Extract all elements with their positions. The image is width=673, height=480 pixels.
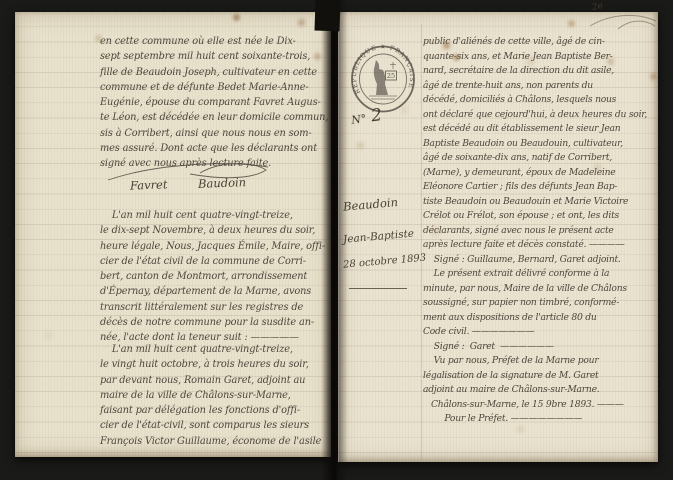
manuscript-line: François Victor Guillaume, économe de l'…: [100, 434, 331, 449]
manuscript-line: (Marne), y demeurant, époux de Madeleine: [423, 166, 658, 181]
manuscript-line: cier de l'état-civil, sont comparus les …: [100, 418, 331, 433]
manuscript-line: mes assuré. Dont acte que les déclarants…: [100, 141, 331, 156]
manuscript-line: en cette commune où elle est née le Dix-: [100, 34, 331, 49]
margin-underline: [349, 288, 407, 289]
margin-deceased-firstname: Jean-Baptiste: [343, 226, 430, 245]
manuscript-line: Pour le Préfet. ————————: [423, 412, 658, 427]
manuscript-line: sept septembre mil huit cent soixante-tr…: [100, 49, 331, 64]
margin-act-date: 28 octobre 1893: [343, 252, 430, 270]
manuscript-line: transcrit littéralement sur les registre…: [100, 300, 331, 315]
manuscript-line: ont déclaré que cejourd'hui, à deux heur…: [423, 108, 658, 123]
manuscript-line: Eléonore Cartier ; fils des défunts Jean…: [423, 180, 658, 195]
manuscript-line: Vu par nous, Préfet de la Marne pour: [423, 354, 658, 369]
manuscript-line: le vingt huit octobre, à trois heures du…: [100, 357, 331, 372]
right-page-text: public d'aliénés de cette ville, âgé de …: [423, 35, 658, 427]
manuscript-line: Châlons-sur-Marne, le 15 9bre 1893. ———: [423, 398, 658, 413]
manuscript-line: décédé, domiciliés à Châlons, lesquels n…: [423, 93, 658, 108]
manuscript-line: minute, par nous, Maire de la ville de C…: [423, 282, 658, 297]
manuscript-line: maire de la ville de Châlons-sur-Marne,: [100, 388, 331, 403]
manuscript-line: Signé : Guillaume, Bernard, Garet adjoin…: [423, 253, 658, 268]
manuscript-line: sis à Corribert, ainsi que nous nous en …: [100, 126, 331, 141]
manuscript-line: le dix-sept Novembre, à deux heures du s…: [100, 223, 331, 238]
manuscript-line: Eugénie, épouse du comparant Favret Augu…: [100, 95, 331, 110]
manuscript-line: nard, secrétaire de la direction du dit …: [423, 64, 658, 79]
right-page: RÉPUBLIQUE ★ FRANÇAISE 25 N°2 Beaudoin J…: [338, 12, 658, 462]
manuscript-line: âgé de soixante-dix ans, natif de Corrib…: [423, 151, 658, 166]
manuscript-line: cier de l'état civil de la commune de Co…: [100, 254, 331, 269]
binding-top-notch: [314, 0, 340, 31]
document-scan: en cette commune où elle est née le Dix-…: [0, 0, 673, 480]
manuscript-line: adjoint au maire de Châlons-sur-Marne.: [423, 383, 658, 398]
manuscript-line: soussigné, sur papier non timbré, confor…: [423, 296, 658, 311]
manuscript-line: ment aux dispositions de l'article 80 du: [423, 311, 658, 326]
revenue-stamp: RÉPUBLIQUE ★ FRANÇAISE 25: [349, 43, 417, 117]
signature-baudoin: Baudoin: [198, 175, 247, 191]
manuscript-line: par devant nous, Romain Garet, adjoint a…: [100, 373, 331, 388]
act-number-label: N°: [351, 112, 368, 127]
manuscript-line: public d'aliénés de cette ville, âgé de …: [423, 35, 658, 50]
manuscript-line: commune et de défunte Bedet Marie-Anne-: [100, 80, 331, 95]
manuscript-line: L'an mil huit cent quatre-vingt-treize,: [100, 342, 331, 357]
signatures-block: Favret Baudoin: [100, 158, 330, 206]
margin-rule-line: [421, 24, 422, 460]
manuscript-line: fille de Beaudoin Joseph, cultivateur en…: [100, 65, 331, 80]
republique-francaise-seal-icon: RÉPUBLIQUE ★ FRANÇAISE 25: [349, 43, 417, 113]
manuscript-line: L'an mil huit cent quatre-vingt-treize,: [100, 208, 331, 223]
manuscript-line: d'Épernay, département de la Marne, avon…: [100, 284, 331, 299]
manuscript-line: Signé : Garet ——————: [423, 340, 658, 355]
manuscript-line: légalisation de la signature de M. Garet: [423, 369, 658, 384]
manuscript-line: après lecture faite et décès constaté. —…: [423, 238, 658, 253]
manuscript-line: faisant par délégation les fonctions d'o…: [100, 403, 331, 418]
manuscript-line: déclarants, signé avec nous le présent a…: [423, 224, 658, 239]
act-number-value: 2: [370, 105, 383, 126]
manuscript-line: est décédé au dit établissement le sieur…: [423, 122, 658, 137]
signature-favret: Favret: [130, 177, 168, 192]
left-paragraph-2: L'an mil huit cent quatre-vingt-treize,l…: [100, 208, 331, 346]
left-page: en cette commune où elle est née le Dix-…: [15, 12, 331, 457]
manuscript-line: Baptiste Beaudoin ou Beaudouin, cultivat…: [423, 137, 658, 152]
svg-text:25: 25: [387, 72, 395, 80]
left-paragraph-1: en cette commune où elle est née le Dix-…: [100, 34, 331, 172]
foxing-stains: [15, 12, 22, 19]
manuscript-line: bert, canton de Montmort, arrondissement: [100, 269, 331, 284]
corner-annotation-flourish: [588, 10, 660, 36]
manuscript-line: âgé de trente-huit ans, non parents du: [423, 79, 658, 94]
left-paragraph-3: L'an mil huit cent quatre-vingt-treize,l…: [100, 342, 331, 449]
manuscript-line: Le présent extrait délivré conforme à la: [423, 267, 658, 282]
manuscript-line: décès de notre commune pour la susdite a…: [100, 315, 331, 330]
manuscript-line: heure légale, Nous, Jacques Émile, Maire…: [100, 239, 331, 254]
manuscript-line: te Léon, est décédée en leur domicile co…: [100, 110, 331, 125]
margin-deceased-name: Beaudoin: [343, 192, 430, 213]
manuscript-line: tiste Beaudoin ou Beaudouin et Marie Vic…: [423, 195, 658, 210]
manuscript-line: Code civil. ———————: [423, 325, 658, 340]
act-number: N°2: [350, 105, 383, 129]
manuscript-line: Crélot ou Frélot, son épouse ; et ont, l…: [423, 209, 658, 224]
manuscript-line: quante-six ans, et Marie Jean Baptiste B…: [423, 50, 658, 65]
binding-shadow: [321, 0, 348, 480]
